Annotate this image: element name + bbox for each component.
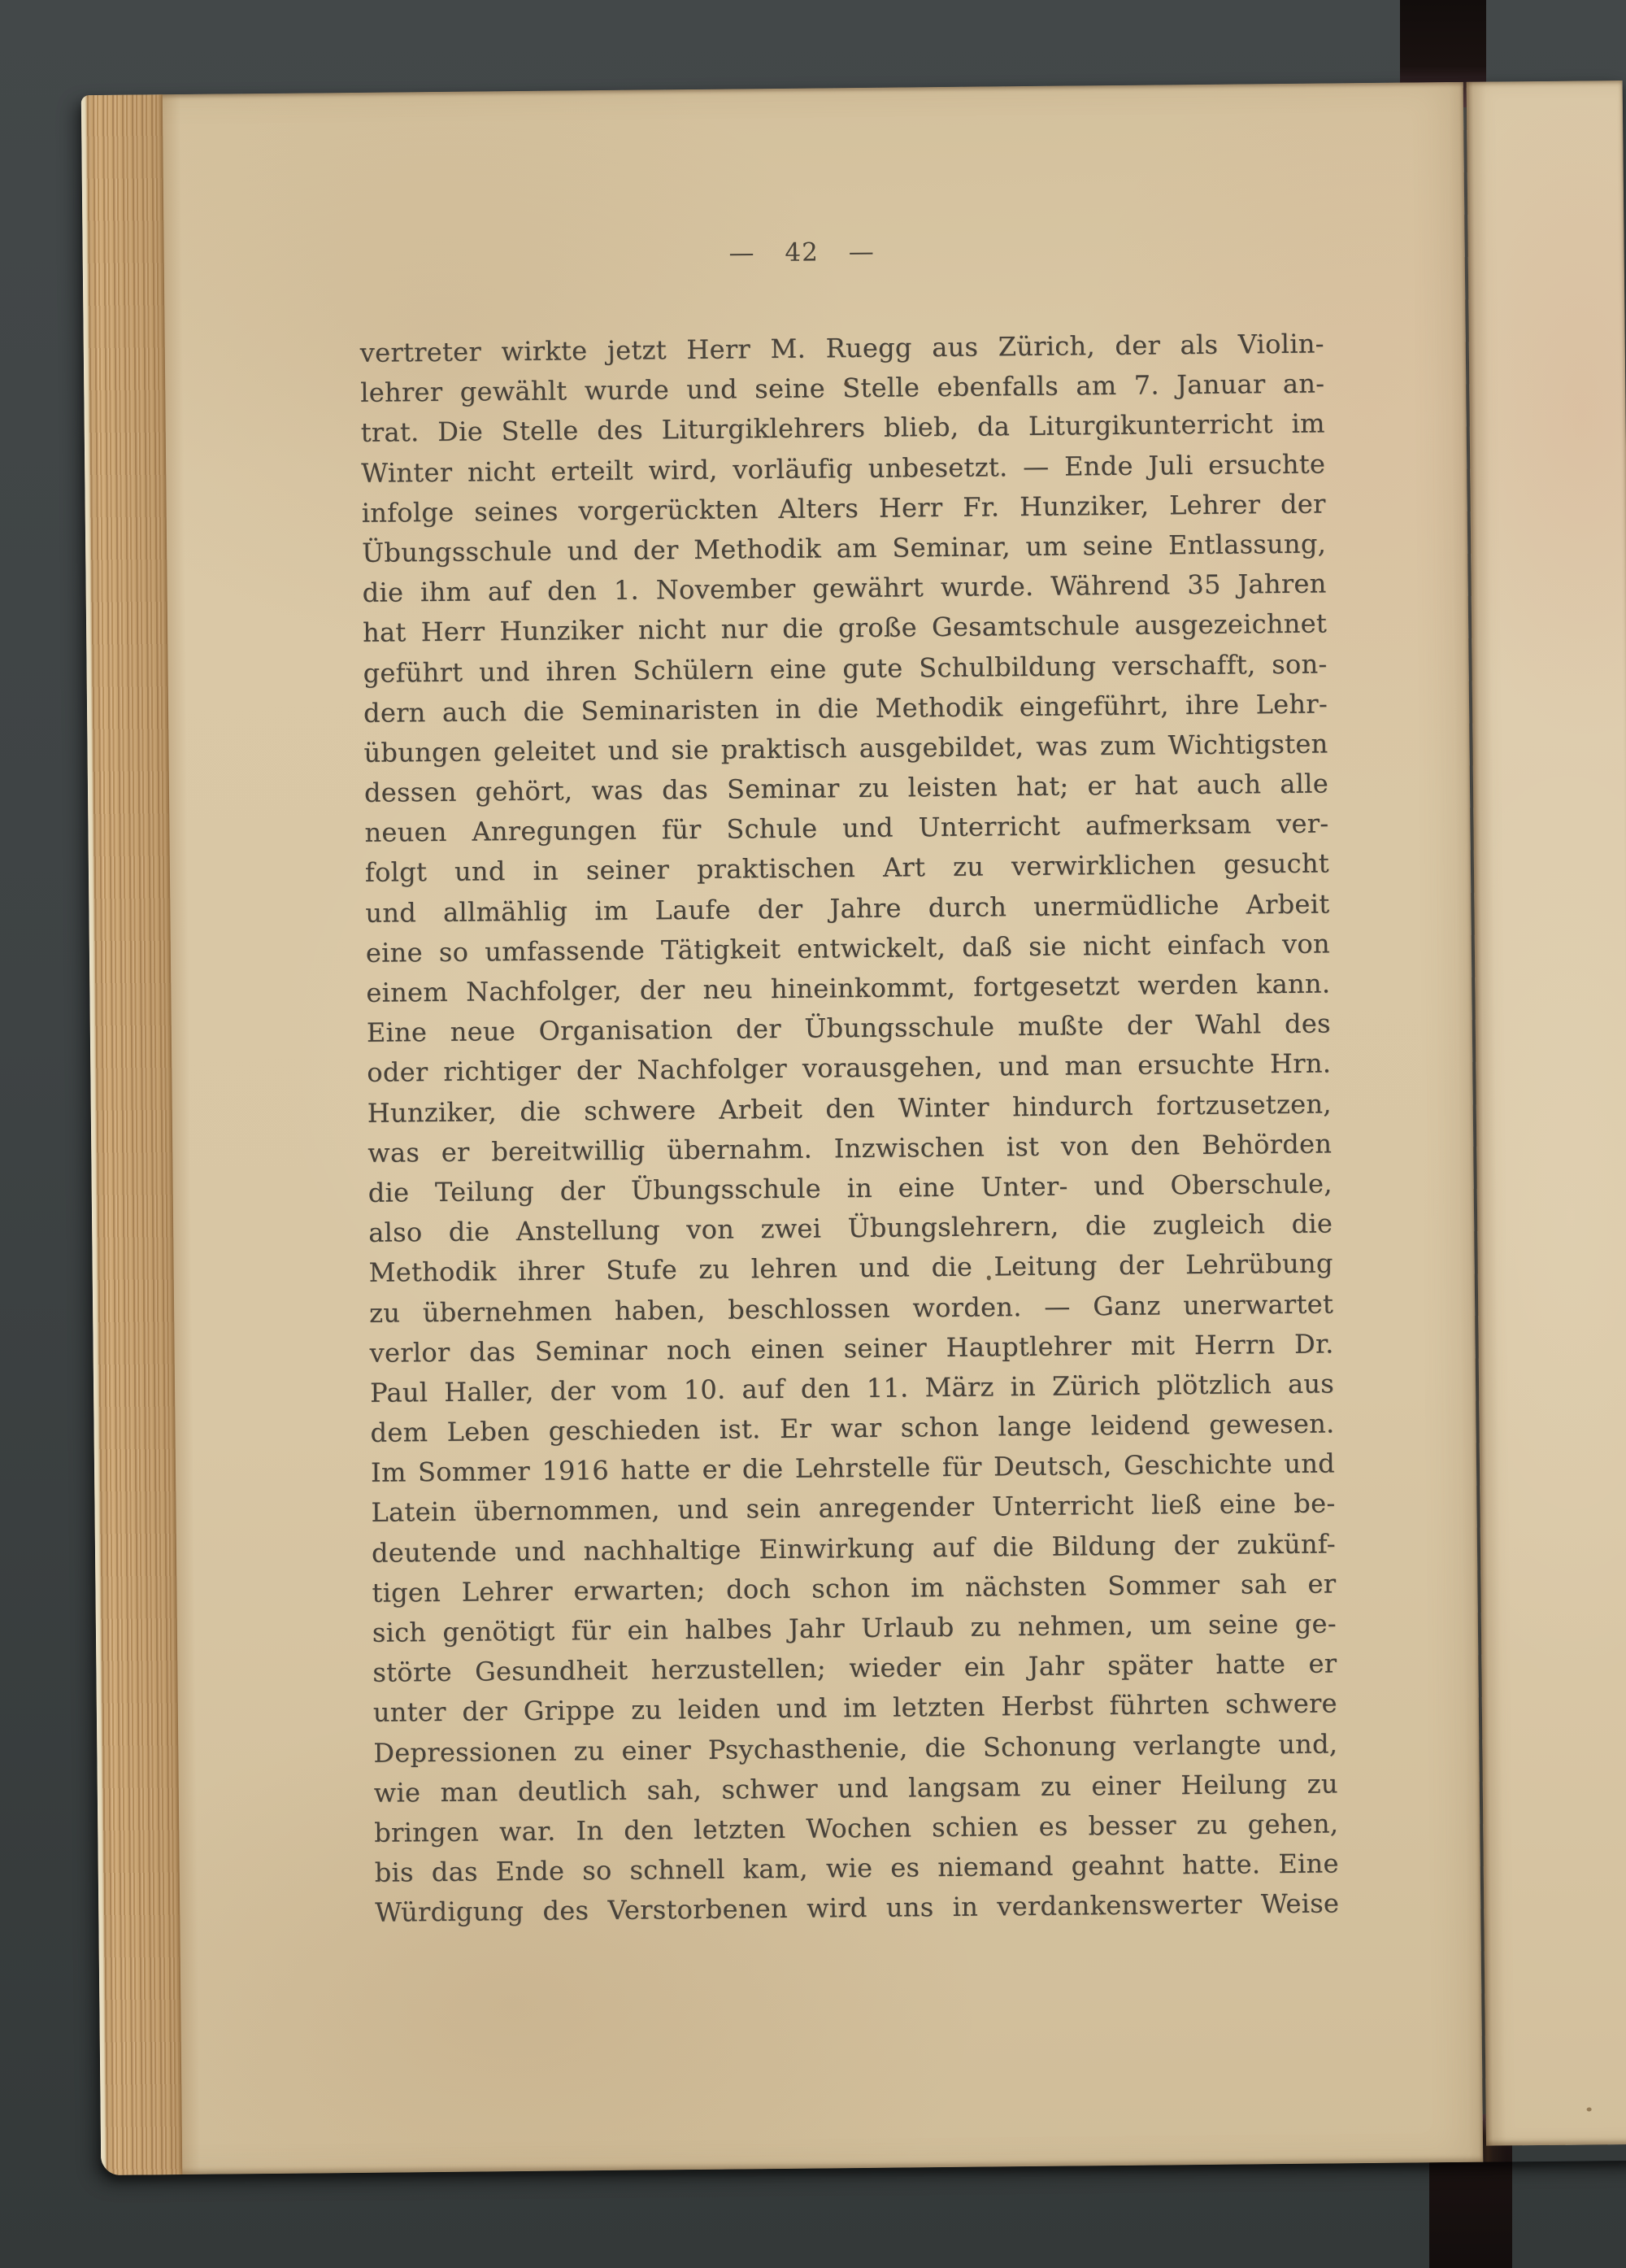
book-page: — 42 — vertreter wirkte jetzt Herr M. Ru… bbox=[81, 82, 1483, 2175]
paper-speck bbox=[844, 381, 849, 386]
page-text: vertreter wirkte jetzt Herr M. Ruegg aus… bbox=[360, 324, 1340, 1933]
page-header: — 42 — bbox=[359, 233, 1323, 272]
text-line: Würdigung des Verstorbenen wird uns in v… bbox=[375, 1884, 1339, 1934]
page-number: — 42 — bbox=[728, 237, 874, 268]
paper-speck bbox=[444, 1507, 448, 1511]
paper-speck bbox=[987, 1275, 991, 1280]
open-book: — 42 — vertreter wirkte jetzt Herr M. Ru… bbox=[81, 81, 1626, 2175]
paper-speck bbox=[1587, 2107, 1592, 2111]
scan-background: — 42 — vertreter wirkte jetzt Herr M. Ru… bbox=[0, 0, 1626, 2268]
